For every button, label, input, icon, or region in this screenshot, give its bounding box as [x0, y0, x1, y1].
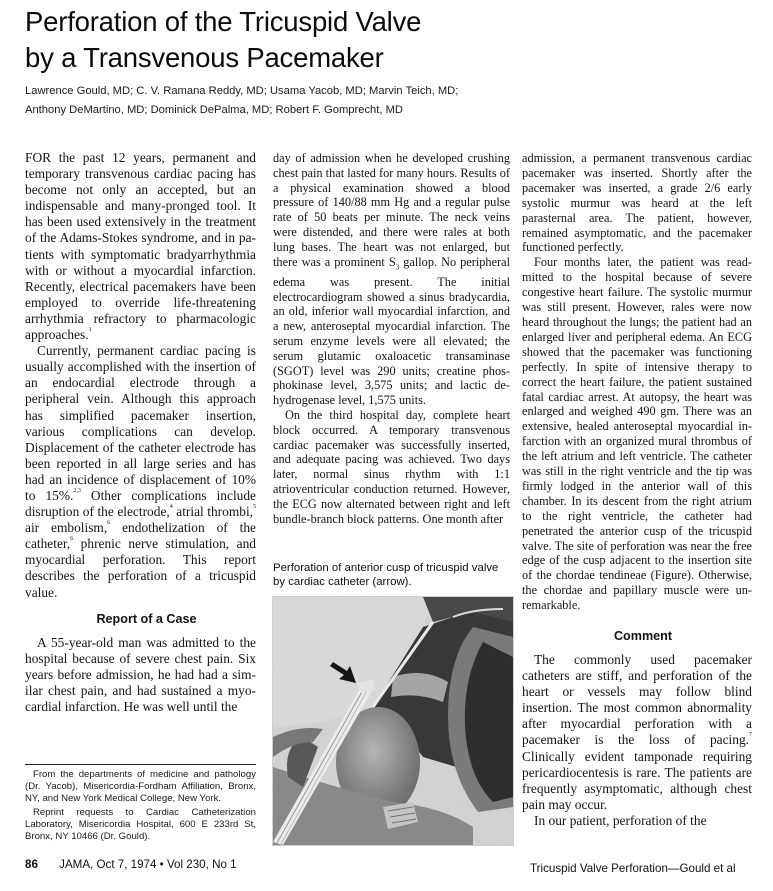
column-1: FOR the past 12 years, permanent and tem… [25, 150, 256, 715]
reference-marker: 5 [253, 504, 256, 510]
comment-paragraph-continued: In our patient, perforation of the [522, 813, 752, 829]
heart-block-paragraph: On the third hospital day, complete hear… [273, 408, 510, 526]
running-title: Tricuspid Valve Perforation—Gould et al [530, 862, 736, 875]
readmission-paragraph: Four months later, the patient was read­… [522, 255, 752, 613]
autopsy-photo [273, 597, 513, 845]
reference-marker: 6 [70, 536, 73, 542]
figure-caption: Perforation of anterior cusp of tricuspi… [273, 561, 513, 589]
page-footer-left: 86 JAMA, Oct 7, 1974 • Vol 230, No 1 [25, 858, 237, 871]
case-paragraph: A 55-year-old man was admitted to the ho… [25, 635, 256, 715]
title-line-2: by a Transvenous Pacemaker [25, 42, 384, 73]
admission-paragraph: admission, a permanent transvenous car­d… [522, 151, 752, 255]
reference-marker: 2,3 [73, 488, 81, 494]
intro-paragraph: FOR the past 12 years, permanent and tem… [25, 150, 256, 343]
reference-marker: 7 [749, 732, 752, 738]
reference-marker: 6 [107, 520, 110, 526]
reference-marker: 1 [89, 327, 92, 333]
reprint-note: Reprint requests to Cardiac Catheterizat… [25, 807, 256, 843]
column-3: admission, a permanent transvenous car­d… [522, 151, 752, 829]
comment-body: The commonly used pacemaker catheters ar… [522, 652, 752, 829]
column-2: day of admission when he developed crush… [273, 151, 510, 526]
footnotes: From the departments of medicine and pa­… [25, 764, 256, 843]
author-list: Lawrence Gould, MD; C. V. Ramana Reddy, … [25, 82, 745, 120]
exam-paragraph: day of admission when he developed crush… [273, 151, 510, 408]
authors-line-1: Lawrence Gould, MD; C. V. Ramana Reddy, … [25, 85, 458, 97]
authors-line-2: Anthony DeMartino, MD; Dominick DePalma,… [25, 104, 403, 116]
section-heading-report: Report of a Case [25, 611, 256, 627]
title-line-1: Perforation of the Tricuspid Valve [25, 6, 421, 37]
reference-marker: 4 [170, 504, 173, 510]
page-number: 86 [25, 858, 38, 871]
section-heading-comment: Comment [522, 629, 752, 644]
autopsy-figure [272, 596, 514, 846]
affiliation-note: From the departments of medicine and pa­… [25, 769, 256, 805]
journal-citation: JAMA, Oct 7, 1974 • Vol 230, No 1 [59, 858, 236, 871]
comment-paragraph: The commonly used pacemaker catheters ar… [522, 652, 752, 813]
article-title: Perforation of the Tricuspid Valve by a … [25, 4, 745, 76]
complications-paragraph: Currently, permanent cardiac pac­ing is … [25, 343, 256, 601]
